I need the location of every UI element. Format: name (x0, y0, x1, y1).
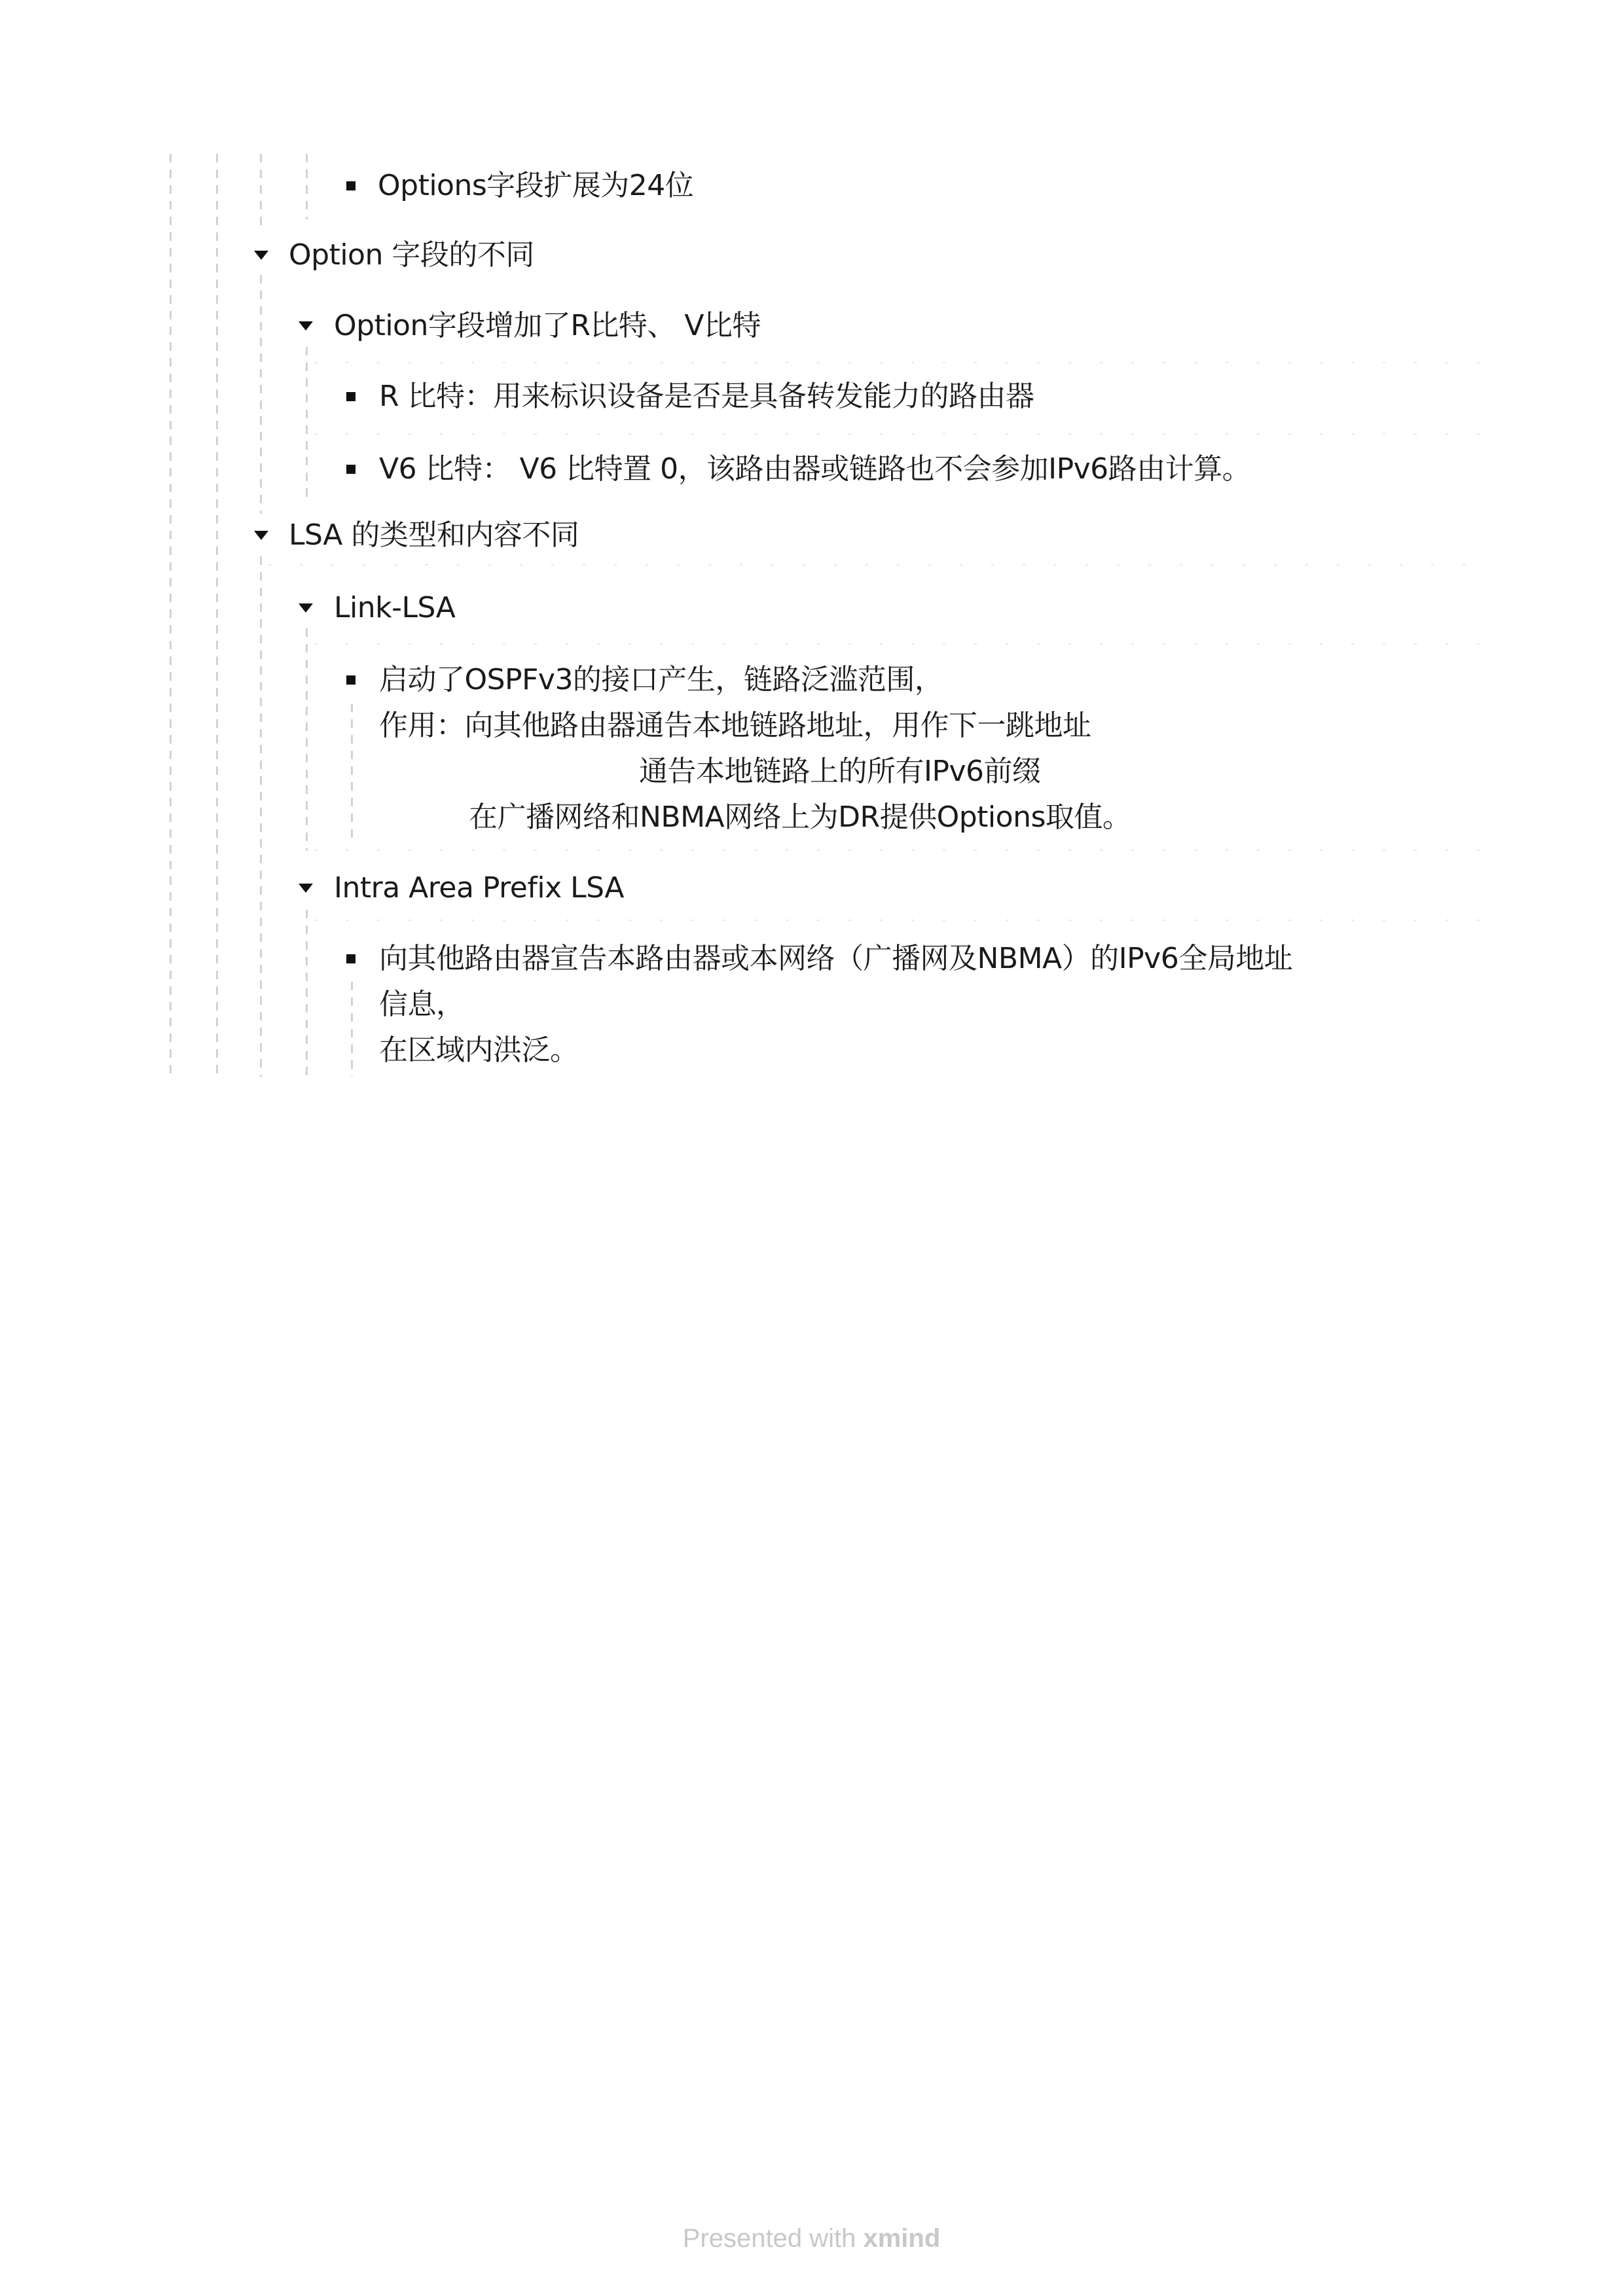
indent-guide-level-3 (260, 556, 262, 1077)
bullet-square-icon (346, 392, 356, 401)
collapse-triangle-icon[interactable] (254, 531, 268, 540)
outline-item-text-line: 向其他路由器宣告本路由器或本网络（广播网及NBMA）的IPv6全局地址 (379, 939, 1292, 978)
indent-guide-level-4 (306, 628, 308, 851)
outline-item-text: Option字段增加了R比特、 V比特 (334, 306, 761, 346)
xmind-logo-text: xmind (863, 2224, 940, 2253)
outline-item-text: V6 比特： V6 比特置 0，该路由器或链路也不会参加IPv6路由计算。 (379, 450, 1250, 489)
bullet-square-icon (346, 465, 356, 474)
footer-prefix: Presented with (683, 2224, 856, 2253)
bullet-square-icon (346, 181, 356, 190)
outline-item-text-line: 启动了OSPFv3的接口产生，链路泛滥范围， (379, 660, 943, 700)
collapse-triangle-icon[interactable] (299, 884, 313, 893)
indent-guide-level-3 (260, 154, 262, 232)
outline-item-text: Option 字段的不同 (289, 236, 534, 275)
indent-guide-level-5 (351, 704, 353, 841)
collapse-triangle-icon[interactable] (299, 603, 313, 613)
row-separator (314, 433, 1480, 435)
bullet-square-icon (346, 954, 356, 963)
outline-item-text-line: 作用：向其他路由器通告本地链路地址，用作下一跳地址 (379, 706, 1091, 745)
collapse-triangle-icon[interactable] (299, 321, 313, 331)
outline-item-text: Intra Area Prefix LSA (334, 869, 624, 908)
indent-guide-level-4 (306, 154, 308, 219)
outline-item-text-line: 信息， (379, 985, 465, 1024)
indent-guide-level-3 (260, 275, 262, 514)
indent-guide-level-1 (170, 154, 172, 1077)
outline-item-text-line: 通告本地链路上的所有IPv6前缀 (639, 752, 1041, 791)
indent-guide-level-4 (306, 910, 308, 1077)
outline-item-text: LSA 的类型和内容不同 (289, 516, 579, 555)
presented-with-footer: Presented with xmind (0, 2224, 1623, 2253)
outline-item-text: Options字段扩展为24位 (378, 166, 693, 206)
collapse-triangle-icon[interactable] (254, 251, 268, 260)
row-separator (314, 920, 1480, 921)
outline-item-text-line: 在区域内洪泛。 (379, 1031, 579, 1070)
row-separator (314, 850, 1480, 851)
row-separator (314, 362, 1480, 363)
indent-guide-level-5 (351, 982, 353, 1077)
indent-guide-level-2 (216, 154, 218, 1077)
indent-guide-level-4 (306, 347, 308, 504)
outline-item-text: R 比特：用来标识设备是否是具备转发能力的路由器 (379, 377, 1034, 416)
row-separator (314, 643, 1480, 645)
outline-item-text: Link-LSA (334, 588, 455, 628)
bullet-square-icon (346, 675, 356, 685)
row-separator (268, 564, 1480, 565)
outline-item-text-line: 在广播网络和NBMA网络上为DR提供Options取值。 (469, 798, 1131, 837)
